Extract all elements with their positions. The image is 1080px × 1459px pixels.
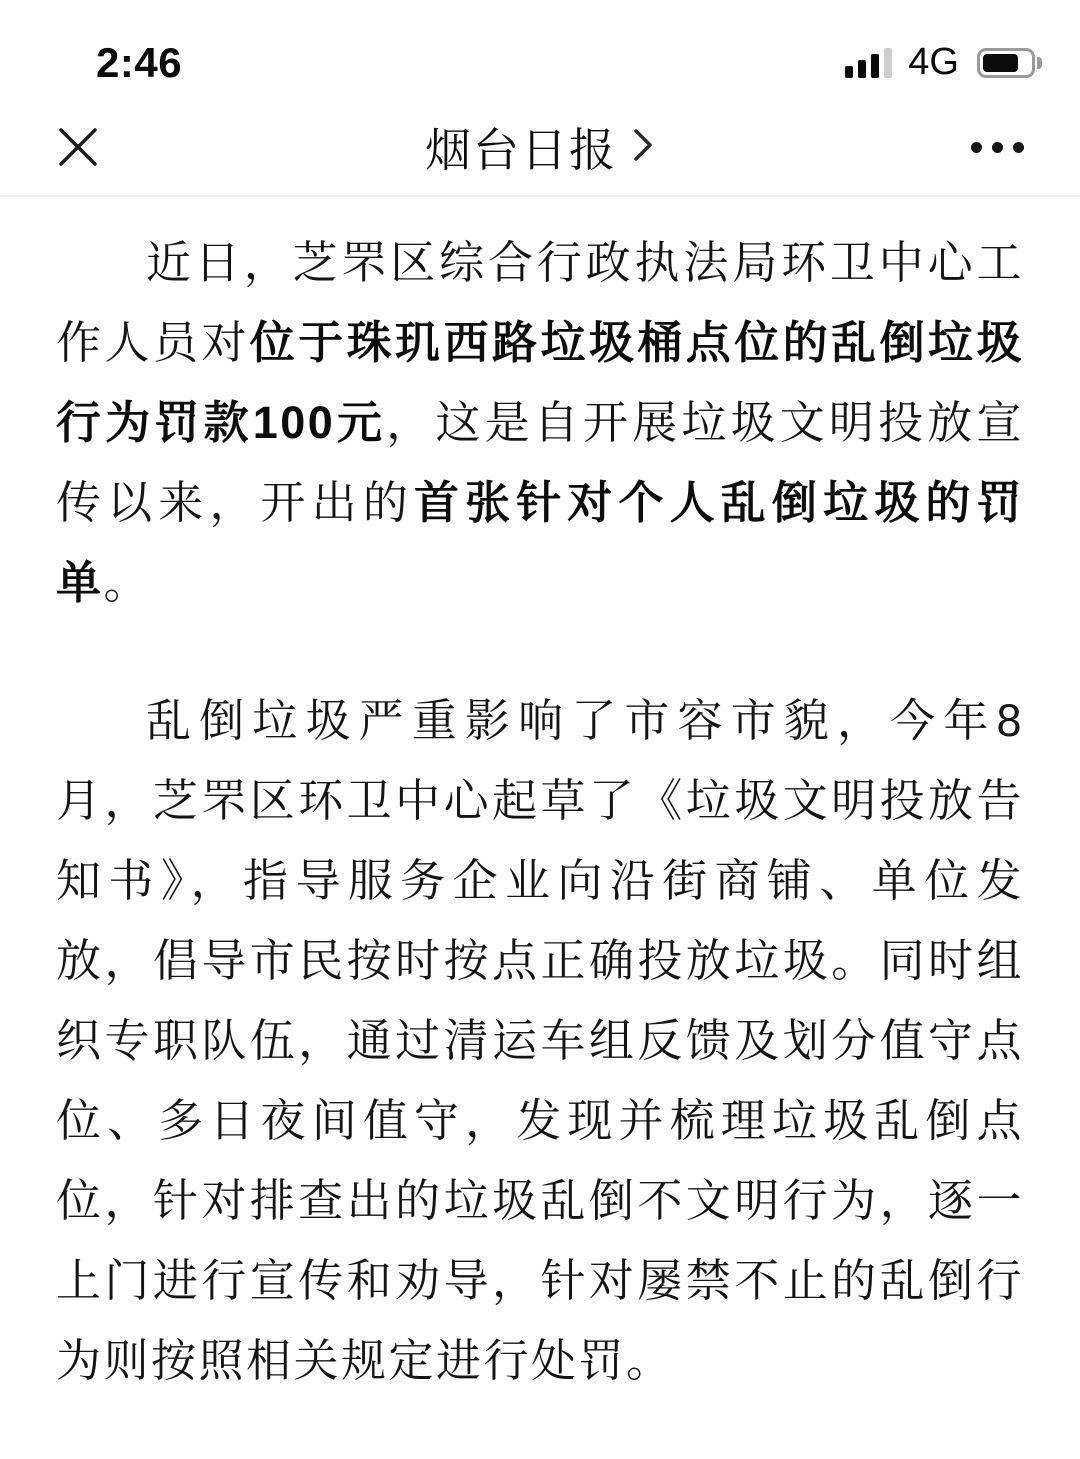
page-title[interactable]: 烟台日报 (425, 114, 655, 180)
page-title-label: 烟台日报 (425, 114, 617, 180)
phone-screen: 2:46 4G 烟台日报 (0, 0, 1080, 1459)
chevron-right-icon (631, 125, 655, 170)
cellular-signal-icon (845, 48, 892, 78)
article-paragraph-2: 乱倒垃圾严重影响了市容市貌，今年8月，芝罘区环卫中心起草了《垃圾文明投放告知书》… (56, 681, 1024, 1401)
status-bar: 2:46 4G (0, 0, 1080, 99)
close-icon[interactable] (52, 121, 104, 173)
article-body: 近日，芝罘区综合行政执法局环卫中心工作人员对位于珠玑西路垃圾桶点位的乱倒垃圾行为… (0, 197, 1080, 1459)
text-segment: 。 (104, 557, 152, 608)
network-type-label: 4G (908, 41, 959, 84)
text-segment: 乱倒垃圾严重影响了市容市貌，今年8月，芝罘区环卫中心起草了《垃圾文明投放告知书》… (56, 695, 1024, 1386)
article-paragraph-1: 近日，芝罘区综合行政执法局环卫中心工作人员对位于珠玑西路垃圾桶点位的乱倒垃圾行为… (56, 223, 1024, 623)
more-ellipsis-icon[interactable] (967, 126, 1028, 169)
status-time: 2:46 (96, 39, 182, 87)
status-indicators: 4G (845, 41, 1042, 84)
nav-bar: 烟台日报 (0, 99, 1080, 197)
battery-icon (977, 48, 1042, 78)
